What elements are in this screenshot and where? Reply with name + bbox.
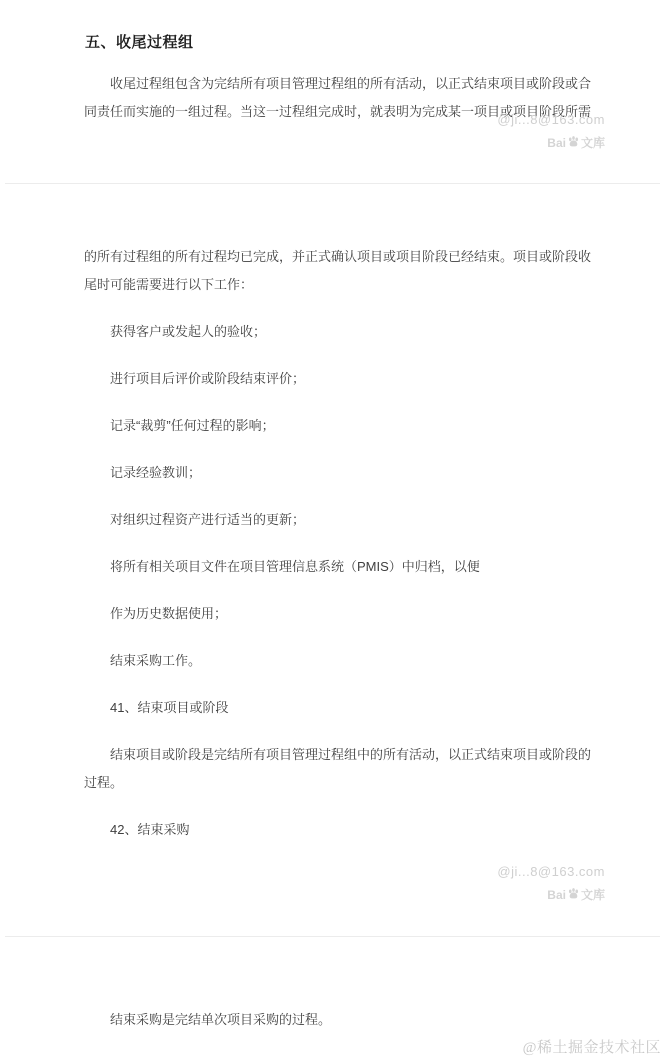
- task-item: 将所有相关项目文件在项目管理信息系统（PMIS）中归档，以便: [84, 553, 596, 581]
- task-item: 记录“裁剪”任何过程的影响；: [84, 412, 596, 440]
- task-item: 获得客户或发起人的验收；: [84, 318, 596, 346]
- page-divider-top: [5, 183, 660, 184]
- watermark-block-bottom: @ji...8@163.com Bai 文库: [497, 862, 605, 903]
- brand-text-prefix: Bai: [547, 135, 566, 151]
- baidu-wenku-logo: Bai 文库: [497, 134, 605, 151]
- brand-text-suffix: 文库: [581, 887, 605, 903]
- email-watermark: @ji...8@163.com: [497, 862, 605, 882]
- task-item: 进行项目后评价或阶段结束评价；: [84, 365, 596, 393]
- brand-text-suffix: 文库: [581, 135, 605, 151]
- task-item: 记录经验教训；: [84, 459, 596, 487]
- task-item: 作为历史数据使用；: [84, 600, 596, 628]
- baidu-paw-icon: [567, 135, 580, 152]
- task-item: 对组织过程资产进行适当的更新；: [84, 506, 596, 534]
- baidu-paw-icon: [567, 887, 580, 904]
- item-41-heading: 41、结束项目或阶段: [84, 694, 596, 722]
- item-41-paragraph: 结束项目或阶段是完结所有项目管理过程组中的所有活动，以正式结束项目或阶段的过程。: [84, 741, 596, 797]
- main-text-block: 的所有过程组的所有过程均已完成，并正式确认项目或项目阶段已经结束。项目或阶段收尾…: [84, 243, 596, 863]
- email-watermark: @ji...8@163.com: [497, 110, 605, 130]
- page-divider-bottom: [5, 936, 660, 937]
- continuation-paragraph: 的所有过程组的所有过程均已完成，并正式确认项目或项目阶段已经结束。项目或阶段收尾…: [84, 243, 596, 299]
- baidu-wenku-logo: Bai 文库: [497, 886, 605, 903]
- task-item: 结束采购工作。: [84, 647, 596, 675]
- community-credit-watermark: @稀土掘金技术社区: [523, 1036, 661, 1057]
- item-42-heading: 42、结束采购: [84, 816, 596, 844]
- watermark-block-top: @ji...8@163.com Bai 文库: [497, 110, 605, 151]
- item-42-paragraph: 结束采购是完结单次项目采购的过程。: [84, 1006, 596, 1034]
- brand-text-prefix: Bai: [547, 887, 566, 903]
- document-page: 五、收尾过程组 收尾过程组包含为完结所有项目管理过程组的所有活动，以正式结束项目…: [0, 0, 667, 1062]
- section-heading: 五、收尾过程组: [85, 31, 194, 52]
